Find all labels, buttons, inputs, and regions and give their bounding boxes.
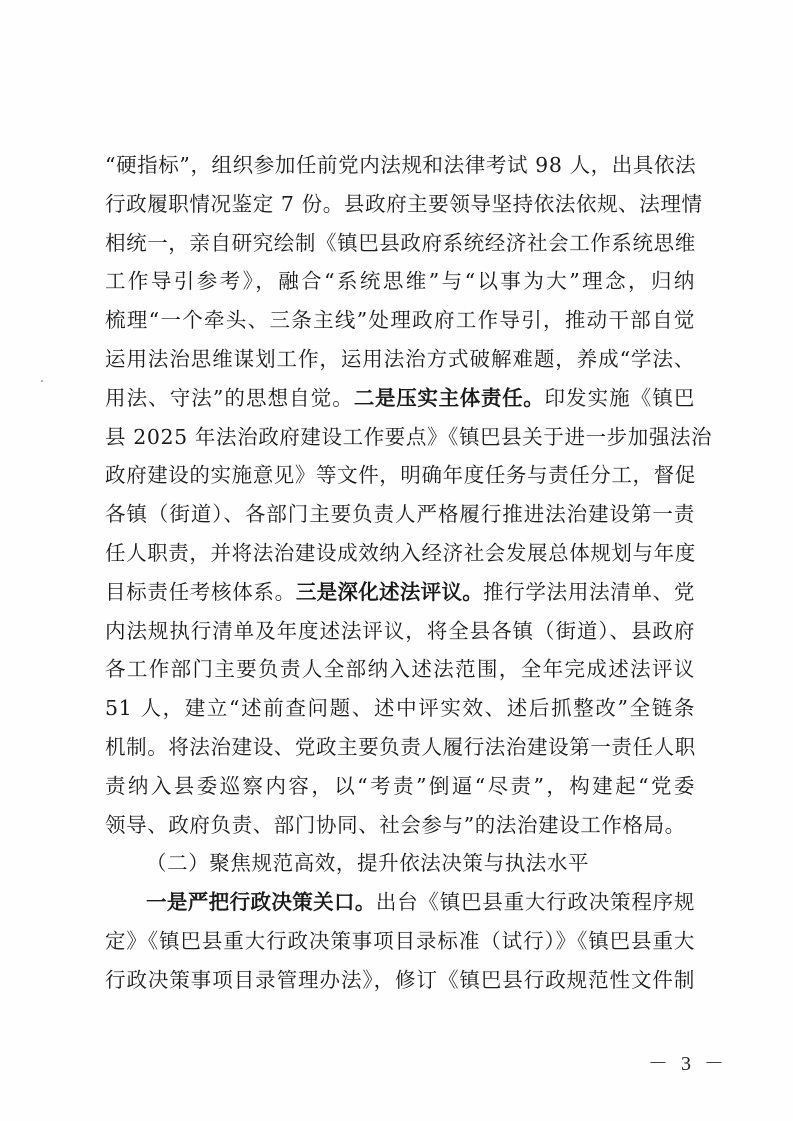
text-line: 相统一，亲自研究绘制《镇巴县政府系统经济社会工作系统思维 <box>105 224 695 263</box>
bold-lead-phrase: 三是深化述法评议。 <box>296 580 483 604</box>
text-line: 运用法治思维谋划工作，运用法治方式破解难题，养成“学法、 <box>105 340 695 379</box>
text-line: 工作导引参考》，融合“系统思维”与“以事为大”理念，归纳 <box>105 262 695 301</box>
document-page: “硬指标”，组织参加任前党内法规和法律考试 98 人，出具依法 行政履职情况鉴定… <box>0 0 793 1121</box>
text-line: 各工作部门主要负责人全部纳入述法范围，全年完成述法评议 <box>105 650 695 689</box>
text-line: 行政履职情况鉴定 7 份。县政府主要领导坚持依法依规、法理情 <box>105 185 695 224</box>
text-line: 用法、守法”的思想自觉。二是压实主体责任。印发实施《镇巴 <box>105 379 695 418</box>
text-line: 任人职责，并将法治建设成效纳入经济社会发展总体规划与年度 <box>105 534 695 573</box>
bold-lead-phrase: 一是严把行政决策关口。 <box>146 890 376 914</box>
text-line: 各镇（街道）、各部门主要负责人严格履行推进法治建设第一责 <box>105 495 695 534</box>
text-line: “硬指标”，组织参加任前党内法规和法律考试 98 人，出具依法 <box>105 146 695 185</box>
body-text: “硬指标”，组织参加任前党内法规和法律考试 98 人，出具依法 行政履职情况鉴定… <box>105 146 695 1000</box>
page-number: － 3 － <box>648 1047 728 1076</box>
text-line: 内法规执行清单及年度述法评议，将全县各镇（街道）、县政府 <box>105 612 695 651</box>
text-line: 政府建设的实施意见》等文件，明确年度任务与责任分工，督促 <box>105 456 695 495</box>
text-line: 一是严把行政决策关口。出台《镇巴县重大行政决策程序规 <box>105 883 695 922</box>
text-line: 51 人，建立“述前查问题、述中评实效、述后抓整改”全链条 <box>105 689 695 728</box>
text-line: 机制。将法治建设、党政主要负责人履行法治建设第一责任人职 <box>105 728 695 767</box>
text-line: 行政决策事项目录管理办法》，修订《镇巴县行政规范性文件制 <box>105 961 695 1000</box>
text-line: 责纳入县委巡察内容，以“考责”倒逼“尽责”，构建起“党委 <box>105 767 695 806</box>
text-line: 梳理“一个牵头、三条主线”处理政府工作导引，推动干部自觉 <box>105 301 695 340</box>
bold-lead-phrase: 二是压实主体责任。 <box>354 386 545 410</box>
text-line: 定》《镇巴县重大行政决策事项目录标准（试行）》《镇巴县重大 <box>105 922 695 961</box>
scan-speck <box>41 380 43 382</box>
section-heading: （二）聚焦规范高效，提升依法决策与执法水平 <box>105 844 695 883</box>
text-line: 目标责任考核体系。三是深化述法评议。推行学法用法清单、党 <box>105 573 695 612</box>
text-line: 县 2025 年法治政府建设工作要点》《镇巴县关于进一步加强法治 <box>105 418 695 457</box>
text-line: 领导、政府负责、部门协同、社会参与”的法治建设工作格局。 <box>105 806 695 845</box>
